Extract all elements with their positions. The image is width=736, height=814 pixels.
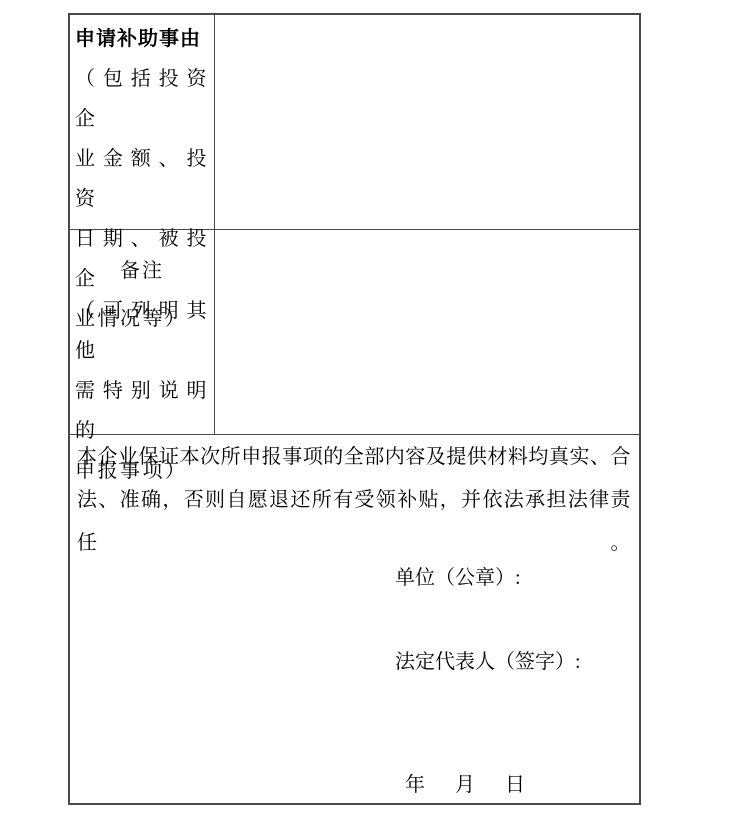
row-declaration: 本企业保证本次所申报事项的全部内容及提供材料均真实、合 法、准确，否则自愿退还所… xyxy=(70,435,639,803)
remarks-value-field[interactable] xyxy=(215,230,639,434)
document-page: 申请补助事由 （包括投资企 业金额、投资 日期、被投企 业情况等） 备注 （可列… xyxy=(0,0,736,814)
declaration-paragraph: 本企业保证本次所申报事项的全部内容及提供材料均真实、合 法、准确，否则自愿退还所… xyxy=(70,435,639,565)
reason-value-field[interactable] xyxy=(215,15,639,229)
remarks-note-line: （可列明其他 xyxy=(75,291,209,371)
reason-label-title: 申请补助事由 xyxy=(75,19,209,59)
reason-note-line: （包括投资企 xyxy=(75,59,209,139)
declaration-line: 法、准确，否则自愿退还所有受领补贴，并依法承担法律责任。 xyxy=(77,479,631,565)
unit-seal-label: 单位（公章）: xyxy=(395,567,521,589)
row-remarks: 备注 （可列明其他 需特别说明的 申报事项） xyxy=(70,230,639,435)
remarks-label-cell: 备注 （可列明其他 需特别说明的 申报事项） xyxy=(70,230,215,434)
remarks-label-title: 备注 xyxy=(75,251,209,291)
date-label: 年 月 日 xyxy=(405,774,530,796)
subsidy-application-form-table: 申请补助事由 （包括投资企 业金额、投资 日期、被投企 业情况等） 备注 （可列… xyxy=(68,13,641,805)
row-application-reason: 申请补助事由 （包括投资企 业金额、投资 日期、被投企 业情况等） xyxy=(70,15,639,230)
reason-label-cell: 申请补助事由 （包括投资企 业金额、投资 日期、被投企 业情况等） xyxy=(70,15,215,229)
reason-note-line: 业金额、投资 xyxy=(75,139,209,219)
declaration-line: 本企业保证本次所申报事项的全部内容及提供材料均真实、合 xyxy=(77,436,631,479)
legal-representative-signature-label: 法定代表人（签字）: xyxy=(395,651,581,673)
